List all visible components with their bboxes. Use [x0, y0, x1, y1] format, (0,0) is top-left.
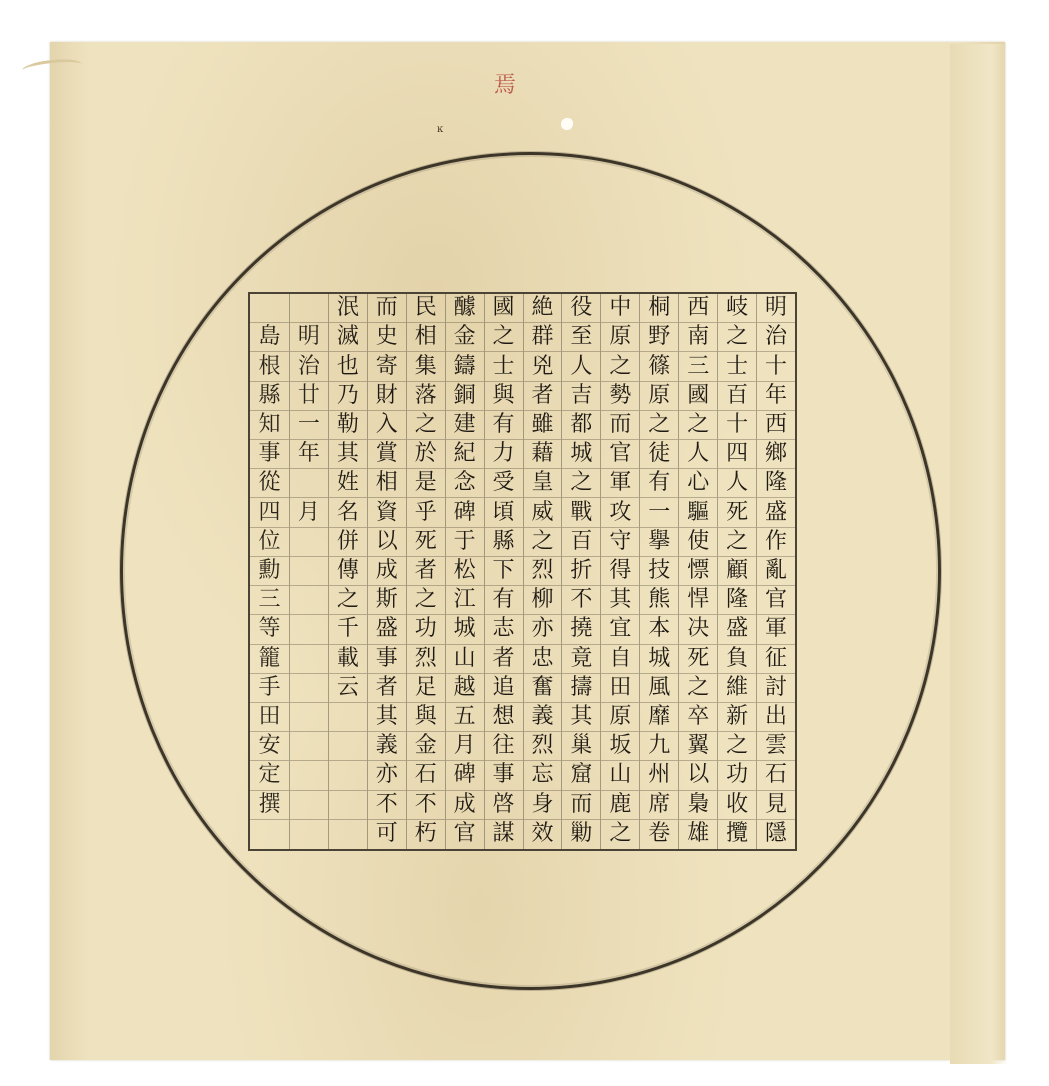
glyph-cell: 從	[250, 469, 289, 498]
glyph-cell	[250, 820, 289, 849]
glyph-cell: 追	[485, 674, 523, 703]
glyph-cell: 十	[718, 411, 756, 440]
glyph-cell: 安	[250, 732, 289, 761]
glyph-cell: 功	[407, 615, 445, 644]
text-column: 明治十年西鄉隆盛作亂官軍征討出雲石見隱	[756, 294, 795, 849]
glyph-cell: 之	[601, 820, 639, 849]
glyph-cell: 島	[250, 323, 289, 352]
glyph-cell: 都	[562, 411, 600, 440]
glyph-cell: 人	[679, 440, 717, 469]
glyph-cell: 其	[368, 703, 406, 732]
glyph-cell: 征	[757, 645, 795, 674]
glyph-cell: 金	[446, 323, 484, 352]
inscription-grid: 明治十年西鄉隆盛作亂官軍征討出雲石見隱岐之士百十四人死之顧隆盛負維新之功收攬西南…	[248, 292, 797, 851]
glyph-cell: 竟	[562, 645, 600, 674]
glyph-cell: 西	[757, 411, 795, 440]
glyph-cell: 義	[524, 703, 562, 732]
glyph-cell: 維	[718, 674, 756, 703]
glyph-cell: 碑	[446, 498, 484, 527]
glyph-cell: 治	[757, 323, 795, 352]
glyph-cell: 中	[601, 294, 639, 323]
text-column: 醵金鑄銅建紀念碑于松江城山越五月碑成官	[445, 294, 484, 849]
glyph-cell: 州	[640, 761, 678, 790]
text-column: 國之士與有力受頃縣下有志者追想往事啓謀	[484, 294, 523, 849]
glyph-cell: 銅	[446, 382, 484, 411]
glyph-cell: 撓	[562, 615, 600, 644]
glyph-cell: 官	[757, 586, 795, 615]
glyph-cell: 决	[679, 615, 717, 644]
glyph-cell: 九	[640, 732, 678, 761]
glyph-cell: 而	[601, 411, 639, 440]
glyph-cell: 位	[250, 528, 289, 557]
glyph-cell: 明	[290, 323, 328, 352]
glyph-cell: 以	[368, 528, 406, 557]
glyph-cell: 盛	[368, 615, 406, 644]
glyph-cell: 頃	[485, 498, 523, 527]
text-column: 民相集落之於是乎死者之功烈足與金石不朽	[406, 294, 445, 849]
glyph-cell: 有	[485, 411, 523, 440]
text-column: 桐野篠原之徒有一擧技熊本城風靡九州席卷	[639, 294, 678, 849]
glyph-cell: 泯	[329, 294, 367, 323]
glyph-cell: 人	[562, 352, 600, 381]
glyph-cell: 徒	[640, 440, 678, 469]
glyph-cell: 籠	[250, 645, 289, 674]
glyph-cell: 死	[407, 528, 445, 557]
glyph-cell: 柳	[524, 586, 562, 615]
glyph-cell: 軍	[601, 469, 639, 498]
glyph-cell: 乎	[407, 498, 445, 527]
text-column: 絶群兇者雖藉皇威之烈柳亦忠奮義烈忘身效	[523, 294, 562, 849]
text-column: 西南三國之人心驅使慓悍决死之卒翼以梟雄	[678, 294, 717, 849]
glyph-cell: 討	[757, 674, 795, 703]
glyph-cell: 碑	[446, 761, 484, 790]
glyph-cell: 擣	[562, 674, 600, 703]
glyph-cell: 啓	[485, 791, 523, 820]
glyph-cell: 於	[407, 440, 445, 469]
glyph-cell: 西	[679, 294, 717, 323]
glyph-cell: 集	[407, 352, 445, 381]
glyph-cell: 技	[640, 557, 678, 586]
glyph-cell: 不	[407, 791, 445, 820]
glyph-cell: 靡	[640, 703, 678, 732]
glyph-cell: 原	[601, 703, 639, 732]
glyph-cell	[290, 469, 328, 498]
glyph-cell: 治	[290, 352, 328, 381]
glyph-cell: 城	[640, 645, 678, 674]
glyph-cell: 併	[329, 528, 367, 557]
glyph-cell	[290, 732, 328, 761]
glyph-cell: 死	[679, 645, 717, 674]
glyph-cell: 年	[757, 382, 795, 411]
glyph-cell: 者	[407, 557, 445, 586]
glyph-cell: 力	[485, 440, 523, 469]
glyph-cell	[290, 528, 328, 557]
glyph-cell: 亦	[368, 761, 406, 790]
glyph-cell: 使	[679, 528, 717, 557]
glyph-cell: 忠	[524, 645, 562, 674]
glyph-cell: 其	[601, 586, 639, 615]
glyph-cell: 軍	[757, 615, 795, 644]
glyph-cell: 撰	[250, 791, 289, 820]
glyph-cell: 松	[446, 557, 484, 586]
glyph-cell: 兇	[524, 352, 562, 381]
glyph-cell: 一	[290, 411, 328, 440]
glyph-cell: 之	[485, 323, 523, 352]
glyph-cell: 醵	[446, 294, 484, 323]
glyph-cell	[290, 557, 328, 586]
text-column: 中原之勢而官軍攻守得其宜自田原坂山鹿之	[600, 294, 639, 849]
glyph-cell: 席	[640, 791, 678, 820]
red-marginal-mark: 焉	[494, 68, 516, 99]
glyph-cell: 金	[407, 732, 445, 761]
glyph-cell: 皇	[524, 469, 562, 498]
glyph-cell: 石	[407, 761, 445, 790]
glyph-cell: 國	[679, 382, 717, 411]
glyph-cell: 朽	[407, 820, 445, 849]
glyph-cell: 盛	[718, 615, 756, 644]
glyph-cell: 名	[329, 498, 367, 527]
glyph-cell: 得	[601, 557, 639, 586]
glyph-cell: 四	[718, 440, 756, 469]
glyph-cell: 想	[485, 703, 523, 732]
glyph-cell: 廿	[290, 382, 328, 411]
glyph-cell: 雲	[757, 732, 795, 761]
glyph-cell: 慓	[679, 557, 717, 586]
glyph-cell: 野	[640, 323, 678, 352]
glyph-cell: 手	[250, 674, 289, 703]
glyph-cell: 之	[718, 528, 756, 557]
glyph-cell: 顧	[718, 557, 756, 586]
glyph-cell: 南	[679, 323, 717, 352]
glyph-cell: 建	[446, 411, 484, 440]
glyph-cell: 田	[250, 703, 289, 732]
glyph-cell: 效	[524, 820, 562, 849]
glyph-cell: 是	[407, 469, 445, 498]
glyph-cell: 人	[718, 469, 756, 498]
glyph-cell: 四	[250, 498, 289, 527]
glyph-cell: 入	[368, 411, 406, 440]
glyph-cell: 事	[485, 761, 523, 790]
glyph-cell: 攬	[718, 820, 756, 849]
glyph-cell: 之	[679, 411, 717, 440]
text-column: 泯滅也乃勒其姓名併傳之千載云	[328, 294, 367, 849]
glyph-cell: 其	[562, 703, 600, 732]
glyph-cell: 念	[446, 469, 484, 498]
glyph-cell: 成	[446, 791, 484, 820]
glyph-cell: 載	[329, 645, 367, 674]
glyph-cell: 下	[485, 557, 523, 586]
glyph-cell: 之	[640, 411, 678, 440]
glyph-cell: 五	[446, 703, 484, 732]
glyph-cell: 石	[757, 761, 795, 790]
glyph-cell: 以	[679, 761, 717, 790]
glyph-cell	[329, 820, 367, 849]
glyph-cell: 縣	[250, 382, 289, 411]
glyph-cell: 乃	[329, 382, 367, 411]
glyph-cell: 寄	[368, 352, 406, 381]
glyph-cell: 謀	[485, 820, 523, 849]
glyph-cell	[290, 761, 328, 790]
glyph-cell: 擧	[640, 528, 678, 557]
glyph-cell: 吉	[562, 382, 600, 411]
glyph-cell: 知	[250, 411, 289, 440]
glyph-cell: 者	[485, 645, 523, 674]
glyph-cell: 岐	[718, 294, 756, 323]
glyph-cell: 而	[368, 294, 406, 323]
glyph-cell: 城	[446, 615, 484, 644]
glyph-cell: 翼	[679, 732, 717, 761]
glyph-cell: 可	[368, 820, 406, 849]
glyph-cell: 月	[290, 498, 328, 527]
glyph-cell: 相	[368, 469, 406, 498]
glyph-cell: 往	[485, 732, 523, 761]
glyph-cell: 不	[368, 791, 406, 820]
glyph-cell: 也	[329, 352, 367, 381]
glyph-cell: 勳	[250, 557, 289, 586]
glyph-cell: 者	[368, 674, 406, 703]
glyph-cell: 士	[718, 352, 756, 381]
glyph-cell: 等	[250, 615, 289, 644]
glyph-cell: 之	[407, 411, 445, 440]
glyph-cell	[329, 732, 367, 761]
glyph-cell: 而	[562, 791, 600, 820]
glyph-cell: 百	[562, 528, 600, 557]
glyph-cell: 戰	[562, 498, 600, 527]
glyph-cell: 勢	[601, 382, 639, 411]
glyph-cell: 烈	[524, 557, 562, 586]
glyph-cell: 卒	[679, 703, 717, 732]
glyph-cell: 于	[446, 528, 484, 557]
glyph-cell: 受	[485, 469, 523, 498]
glyph-cell: 威	[524, 498, 562, 527]
glyph-cell: 云	[329, 674, 367, 703]
glyph-cell: 山	[446, 645, 484, 674]
glyph-cell: 官	[446, 820, 484, 849]
glyph-cell: 成	[368, 557, 406, 586]
glyph-cell: 三	[250, 586, 289, 615]
glyph-cell: 有	[640, 469, 678, 498]
glyph-cell: 明	[757, 294, 795, 323]
glyph-cell: 雖	[524, 411, 562, 440]
glyph-cell: 死	[718, 498, 756, 527]
glyph-cell: 財	[368, 382, 406, 411]
glyph-cell: 見	[757, 791, 795, 820]
glyph-cell: 定	[250, 761, 289, 790]
glyph-cell: 新	[718, 703, 756, 732]
glyph-cell	[290, 820, 328, 849]
glyph-cell	[290, 294, 328, 323]
glyph-cell: 群	[524, 323, 562, 352]
glyph-cell: 事	[368, 645, 406, 674]
glyph-cell	[329, 791, 367, 820]
glyph-cell: 藉	[524, 440, 562, 469]
glyph-cell: 足	[407, 674, 445, 703]
text-column: 岐之士百十四人死之顧隆盛負維新之功收攬	[717, 294, 756, 849]
glyph-cell: 三	[679, 352, 717, 381]
glyph-cell: 之	[718, 732, 756, 761]
glyph-cell: 一	[640, 498, 678, 527]
glyph-cell	[329, 703, 367, 732]
glyph-cell: 田	[601, 674, 639, 703]
glyph-cell: 作	[757, 528, 795, 557]
glyph-cell: 年	[290, 440, 328, 469]
glyph-cell: 負	[718, 645, 756, 674]
glyph-cell: 江	[446, 586, 484, 615]
glyph-cell	[290, 586, 328, 615]
ink-speck: ĸ	[437, 124, 443, 135]
glyph-cell: 不	[562, 586, 600, 615]
glyph-cell: 鄉	[757, 440, 795, 469]
glyph-cell: 之	[562, 469, 600, 498]
glyph-cell: 收	[718, 791, 756, 820]
glyph-cell	[290, 645, 328, 674]
glyph-cell: 役	[562, 294, 600, 323]
glyph-cell: 本	[640, 615, 678, 644]
glyph-cell: 鑄	[446, 352, 484, 381]
glyph-cell: 原	[640, 382, 678, 411]
glyph-cell: 滅	[329, 323, 367, 352]
glyph-cell: 傳	[329, 557, 367, 586]
glyph-cell: 民	[407, 294, 445, 323]
glyph-cell: 千	[329, 615, 367, 644]
glyph-cell: 紀	[446, 440, 484, 469]
glyph-cell: 身	[524, 791, 562, 820]
glyph-cell: 之	[329, 586, 367, 615]
glyph-cell: 攻	[601, 498, 639, 527]
glyph-cell: 悍	[679, 586, 717, 615]
glyph-cell: 姓	[329, 469, 367, 498]
glyph-cell: 十	[757, 352, 795, 381]
glyph-cell: 士	[485, 352, 523, 381]
glyph-cell: 窟	[562, 761, 600, 790]
paper-fold-strip	[950, 44, 1008, 1064]
glyph-cell: 百	[718, 382, 756, 411]
glyph-cell: 巢	[562, 732, 600, 761]
glyph-cell: 勒	[329, 411, 367, 440]
glyph-cell: 隆	[757, 469, 795, 498]
glyph-cell: 卷	[640, 820, 678, 849]
glyph-cell: 烈	[407, 645, 445, 674]
glyph-cell: 越	[446, 674, 484, 703]
glyph-cell: 出	[757, 703, 795, 732]
glyph-cell: 隱	[757, 820, 795, 849]
glyph-cell: 坂	[601, 732, 639, 761]
glyph-cell: 亂	[757, 557, 795, 586]
glyph-cell: 烈	[524, 732, 562, 761]
glyph-cell: 風	[640, 674, 678, 703]
glyph-cell: 國	[485, 294, 523, 323]
glyph-cell: 忘	[524, 761, 562, 790]
glyph-cell: 勦	[562, 820, 600, 849]
glyph-cell: 根	[250, 352, 289, 381]
glyph-cell	[250, 294, 289, 323]
glyph-cell	[290, 791, 328, 820]
glyph-cell: 資	[368, 498, 406, 527]
glyph-cell: 山	[601, 761, 639, 790]
glyph-cell: 事	[250, 440, 289, 469]
glyph-cell	[290, 674, 328, 703]
glyph-cell: 之	[718, 323, 756, 352]
glyph-cell	[290, 615, 328, 644]
text-column: 而史寄財入賞相資以成斯盛事者其義亦不可	[367, 294, 406, 849]
paper-hole	[561, 118, 573, 130]
glyph-cell: 奮	[524, 674, 562, 703]
glyph-cell	[329, 761, 367, 790]
author-column: 島根縣知事從四位勳三等籠手田安定撰	[250, 294, 289, 849]
glyph-cell: 亦	[524, 615, 562, 644]
glyph-cell: 驅	[679, 498, 717, 527]
glyph-cell	[290, 703, 328, 732]
glyph-cell: 與	[407, 703, 445, 732]
glyph-cell: 官	[601, 440, 639, 469]
glyph-cell: 賞	[368, 440, 406, 469]
text-column: 役至人吉都城之戰百折不撓竟擣其巢窟而勦	[561, 294, 600, 849]
glyph-cell: 月	[446, 732, 484, 761]
glyph-cell: 盛	[757, 498, 795, 527]
glyph-cell: 守	[601, 528, 639, 557]
glyph-cell: 城	[562, 440, 600, 469]
glyph-cell: 有	[485, 586, 523, 615]
glyph-cell: 隆	[718, 586, 756, 615]
glyph-cell: 桐	[640, 294, 678, 323]
glyph-cell: 原	[601, 323, 639, 352]
glyph-cell: 縣	[485, 528, 523, 557]
glyph-cell: 之	[601, 352, 639, 381]
glyph-cell: 折	[562, 557, 600, 586]
glyph-cell: 斯	[368, 586, 406, 615]
glyph-cell: 義	[368, 732, 406, 761]
glyph-cell: 功	[718, 761, 756, 790]
glyph-cell: 自	[601, 645, 639, 674]
date-column: 明治廿一年月	[289, 294, 328, 849]
glyph-cell: 雄	[679, 820, 717, 849]
glyph-cell: 之	[679, 674, 717, 703]
glyph-cell: 史	[368, 323, 406, 352]
glyph-cell: 宜	[601, 615, 639, 644]
glyph-cell: 相	[407, 323, 445, 352]
glyph-cell: 與	[485, 382, 523, 411]
glyph-cell: 篠	[640, 352, 678, 381]
glyph-cell: 者	[524, 382, 562, 411]
glyph-cell: 落	[407, 382, 445, 411]
glyph-cell: 梟	[679, 791, 717, 820]
glyph-cell: 熊	[640, 586, 678, 615]
glyph-cell: 絶	[524, 294, 562, 323]
glyph-cell: 心	[679, 469, 717, 498]
glyph-cell: 志	[485, 615, 523, 644]
glyph-cell: 之	[407, 586, 445, 615]
glyph-cell: 鹿	[601, 791, 639, 820]
glyph-cell: 至	[562, 323, 600, 352]
glyph-cell: 其	[329, 440, 367, 469]
glyph-cell: 之	[524, 528, 562, 557]
